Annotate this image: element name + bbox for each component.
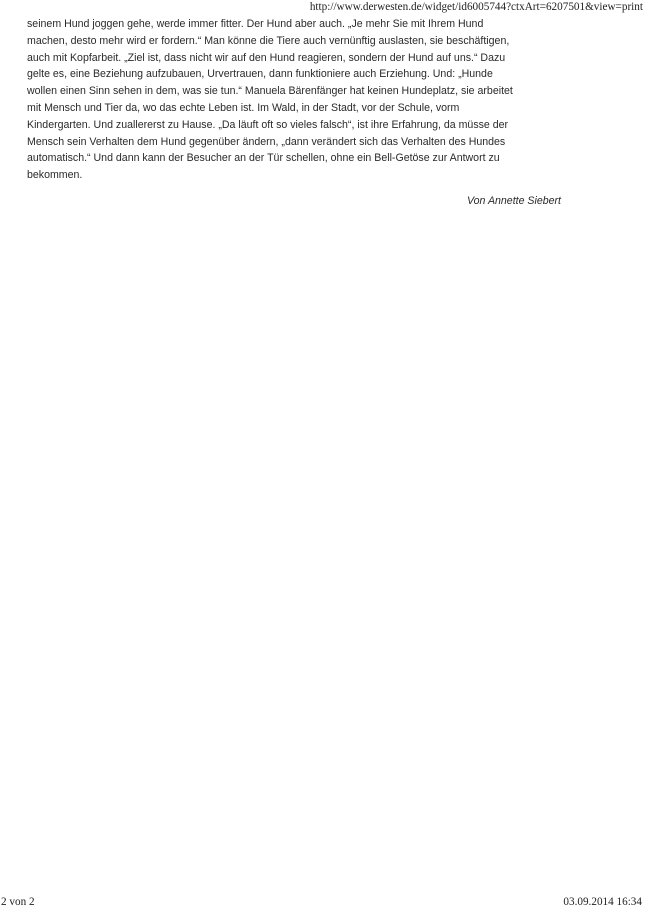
article-line: seinem Hund joggen gehe, werde immer fit… [27,16,567,33]
print-header-url: http://www.derwesten.de/widget/id6005744… [310,1,643,13]
article-line: Mensch sein Verhalten dem Hund gegenüber… [27,134,567,151]
article-line: gelte es, eine Beziehung aufzubauen, Urv… [27,66,567,83]
article-line: machen, desto mehr wird er fordern.“ Man… [27,33,567,50]
article-line: wollen einen Sinn sehen in dem, was sie … [27,83,567,100]
article-line: bekommen. [27,167,567,184]
article-line: mit Mensch und Tier da, wo das echte Leb… [27,100,567,117]
page-indicator: 2 von 2 [1,896,35,908]
article-line: automatisch.“ Und dann kann der Besucher… [27,150,567,167]
article-line: Kindergarten. Und zuallererst zu Hause. … [27,117,567,134]
article-line: auch mit Kopfarbeit. „Ziel ist, dass nic… [27,50,567,67]
author-byline: Von Annette Siebert [467,195,561,207]
print-timestamp: 03.09.2014 16:34 [563,896,642,908]
article-body: seinem Hund joggen gehe, werde immer fit… [27,16,567,184]
